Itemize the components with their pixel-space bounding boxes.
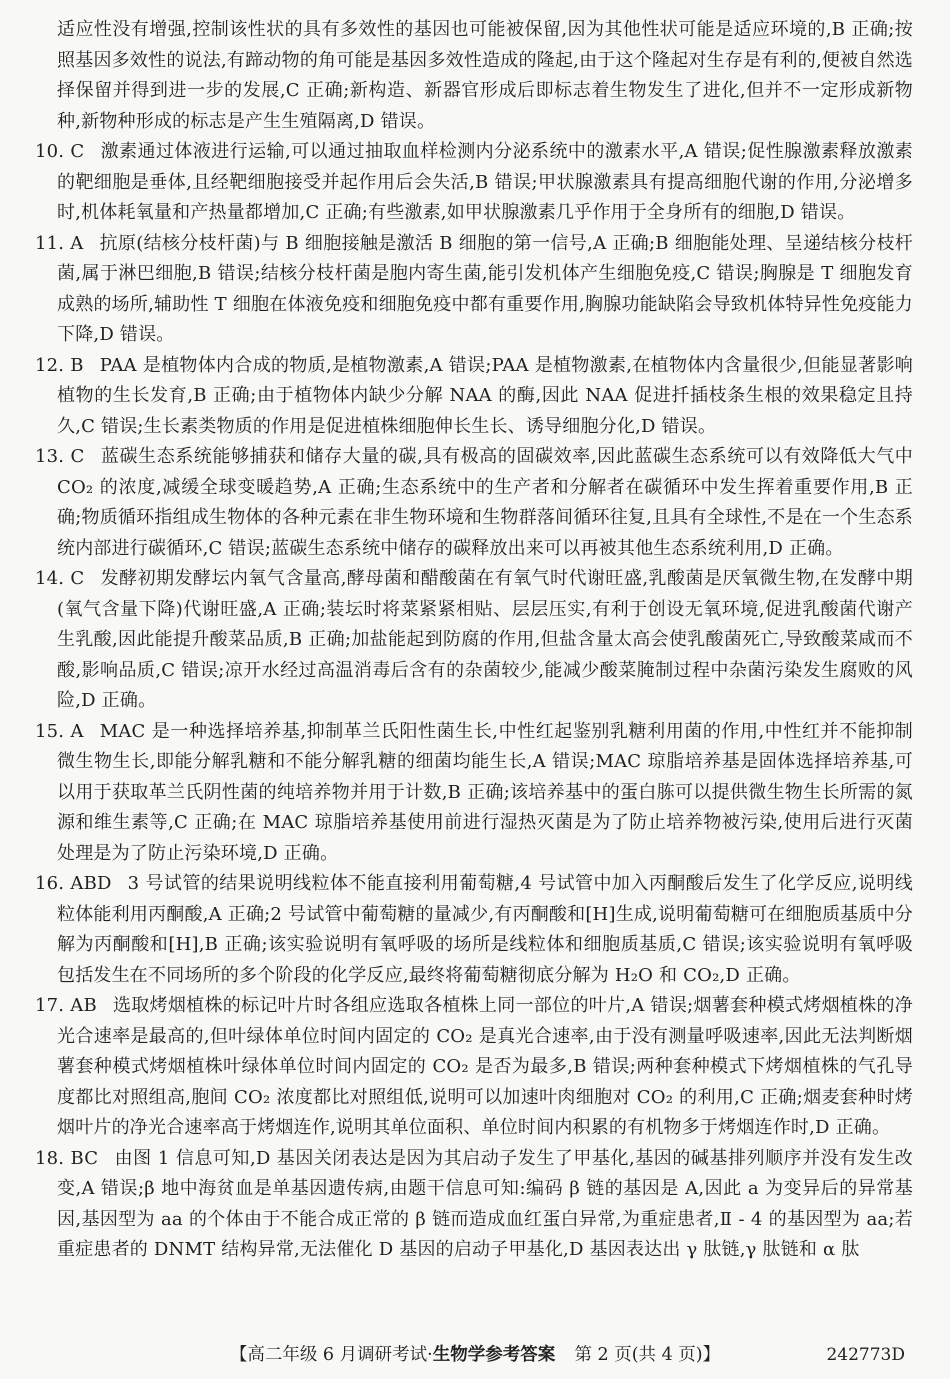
page-footer: 【高二年级 6 月调研考试·生物学参考答案第 2 页(共 4 页)】 24277… xyxy=(0,1343,950,1367)
answer-item-14: 14. C发酵初期发酵坛内氧气含量高,酵母菌和醋酸菌在有氧气时代谢旺盛,乳酸菌是… xyxy=(57,564,913,717)
answer-number-14: 14. C xyxy=(35,568,84,589)
answer-number-12: 12. B xyxy=(35,355,84,376)
answer-text-11: 抗原(结核分枝杆菌)与 B 细胞接触是激活 B 细胞的第一信号,A 正确;B 细… xyxy=(57,233,913,346)
answer-text-17: 选取烤烟植株的标记叶片时各组应选取各植株上同一部位的叶片,A 错误;烟薯套种模式… xyxy=(57,995,913,1138)
paper-code: 242773D xyxy=(826,1343,905,1367)
answer-number-17: 17. AB xyxy=(35,995,97,1016)
answer-item-10: 10. C激素通过体液进行运输,可以通过抽取血样检测内分泌系统中的激素水平,A … xyxy=(57,137,913,229)
answer-item-17: 17. AB选取烤烟植株的标记叶片时各组应选取各植株上同一部位的叶片,A 错误;… xyxy=(57,991,913,1144)
answer-item-15: 15. AMAC 是一种选择培养基,抑制革兰氏阳性菌生长,中性红起鉴别乳糖利用菌… xyxy=(57,717,913,870)
answer-number-11: 11. A xyxy=(35,233,83,254)
answer-number-10: 10. C xyxy=(35,141,84,162)
answer-text-14: 发酵初期发酵坛内氧气含量高,酵母菌和醋酸菌在有氧气时代谢旺盛,乳酸菌是厌氧微生物… xyxy=(57,568,913,711)
footer-page-number: 第 2 页(共 4 页)】 xyxy=(574,1345,720,1365)
answer-item-11: 11. A抗原(结核分枝杆菌)与 B 细胞接触是激活 B 细胞的第一信号,A 正… xyxy=(57,229,913,351)
footer-title-prefix: 【高二年级 6 月调研考试 xyxy=(230,1345,427,1365)
answer-number-15: 15. A xyxy=(35,721,84,742)
footer-title: 【高二年级 6 月调研考试·生物学参考答案第 2 页(共 4 页)】 xyxy=(0,1343,950,1367)
answer-number-13: 13. C xyxy=(35,446,85,467)
answer-text-15: MAC 是一种选择培养基,抑制革兰氏阳性菌生长,中性红起鉴别乳糖利用菌的作用,中… xyxy=(57,721,913,864)
answers-body: 适应性没有增强,控制该性状的具有多效性的基因也可能被保留,因为其他性状可能是适应… xyxy=(57,15,913,1266)
answer-text-13: 蓝碳生态系统能够捕获和储存大量的碳,具有极高的固碳效率,因此蓝碳生态系统可以有效… xyxy=(57,446,913,559)
answer-text-10: 激素通过体液进行运输,可以通过抽取血样检测内分泌系统中的激素水平,A 错误;促性… xyxy=(57,141,913,223)
answer-text-18: 由图 1 信息可知,D 基因关闭表达是因为其启动子发生了甲基化,基因的碱基排列顺… xyxy=(57,1148,913,1261)
exam-answer-page: 适应性没有增强,控制该性状的具有多效性的基因也可能被保留,因为其他性状可能是适应… xyxy=(0,0,950,1379)
answer-item-16: 16. ABD3 号试管的结果说明线粒体不能直接利用葡萄糖,4 号试管中加入丙酮… xyxy=(57,869,913,991)
answer-text-16: 3 号试管的结果说明线粒体不能直接利用葡萄糖,4 号试管中加入丙酮酸后发生了化学… xyxy=(57,873,913,986)
answer-number-18: 18. BC xyxy=(35,1148,98,1169)
answer-item-13: 13. C蓝碳生态系统能够捕获和储存大量的碳,具有极高的固碳效率,因此蓝碳生态系… xyxy=(57,442,913,564)
footer-subject: 生物学参考答案 xyxy=(433,1345,556,1365)
answer-number-16: 16. ABD xyxy=(35,873,112,894)
answer-item-18: 18. BC由图 1 信息可知,D 基因关闭表达是因为其启动子发生了甲基化,基因… xyxy=(57,1144,913,1266)
answer-9-continuation-text: 适应性没有增强,控制该性状的具有多效性的基因也可能被保留,因为其他性状可能是适应… xyxy=(57,15,913,137)
answer-text-12: PAA 是植物体内合成的物质,是植物激素,A 错误;PAA 是植物激素,在植物体… xyxy=(57,355,913,437)
answer-item-12: 12. BPAA 是植物体内合成的物质,是植物激素,A 错误;PAA 是植物激素… xyxy=(57,351,913,443)
